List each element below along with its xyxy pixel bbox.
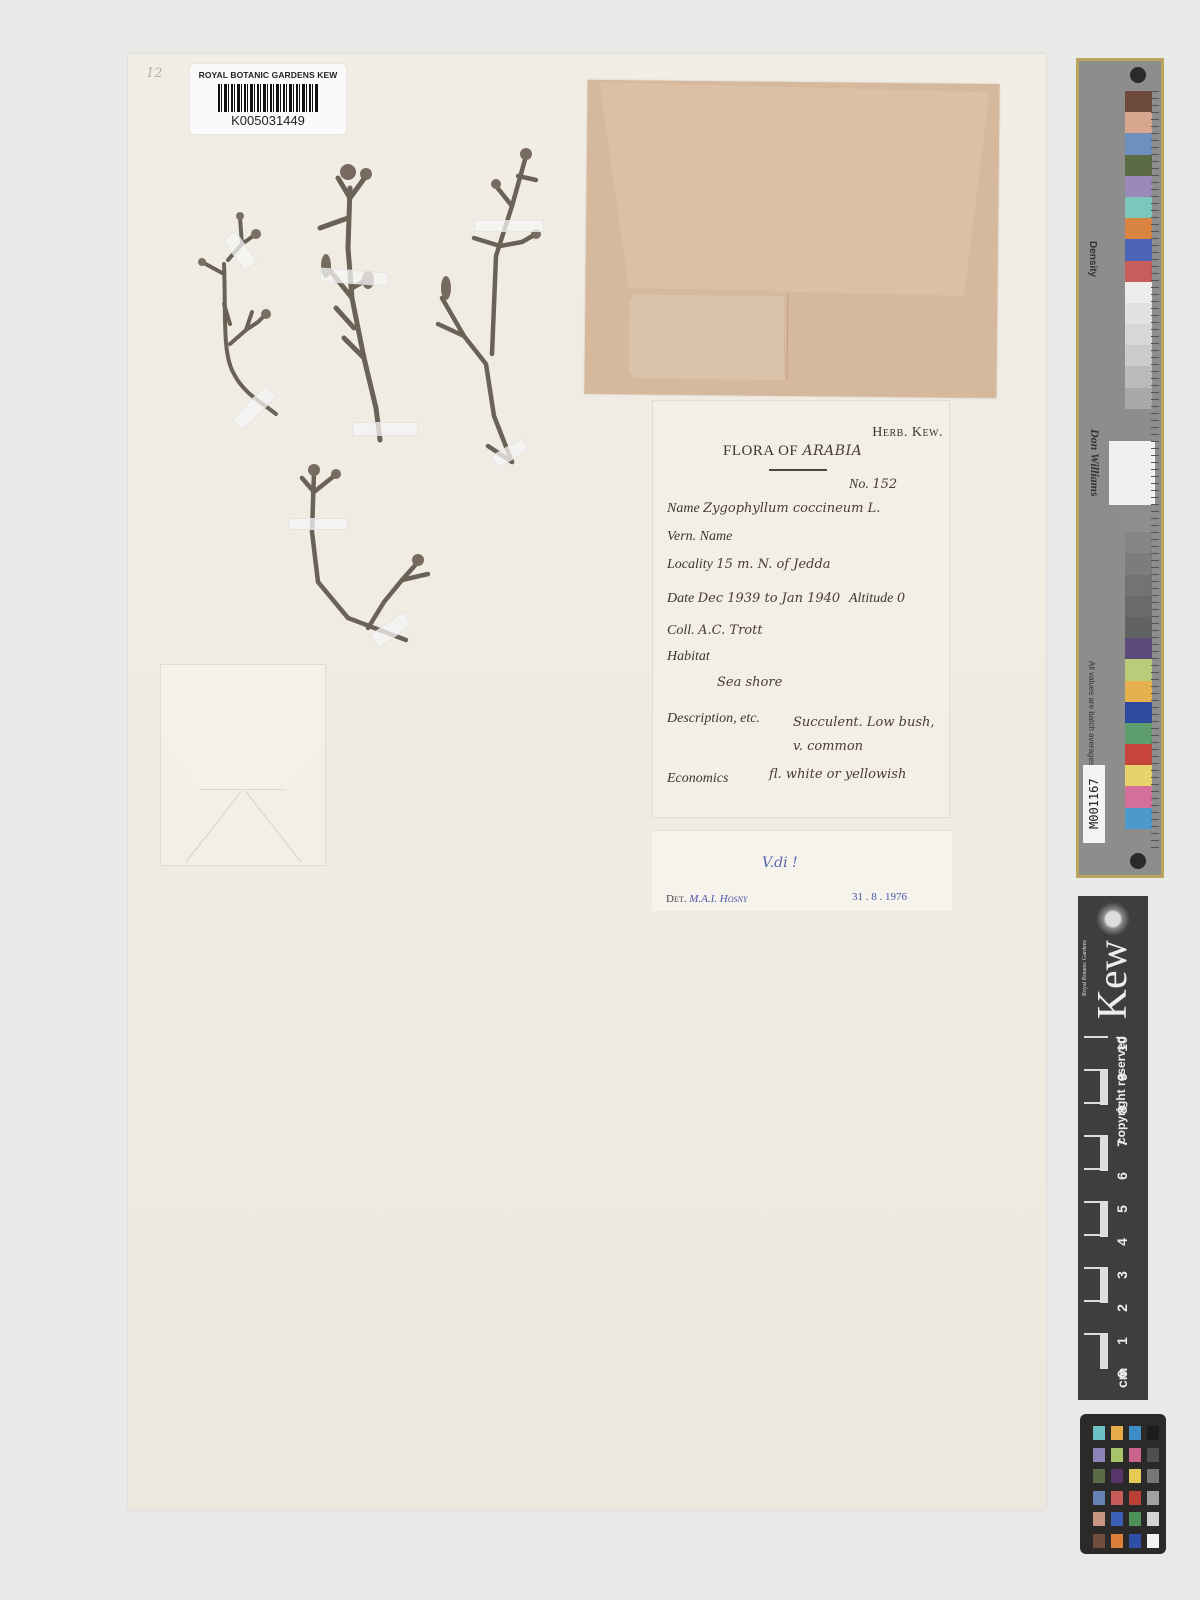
cm-segment — [1084, 1300, 1108, 1336]
checker-swatch — [1111, 1512, 1123, 1526]
cm-segment — [1084, 1036, 1108, 1072]
determinavit-slip: V.di ! Det. M.A.I. Hosny 31 . 8 . 1976 — [652, 830, 952, 911]
cm-tick-label: 1 — [1114, 1331, 1130, 1351]
herbarium-sheet: 12 ROYAL BOTANIC GARDENS KEW K005031449 — [128, 54, 1046, 1510]
color-patch — [1125, 91, 1152, 112]
punch-hole-icon — [1130, 853, 1146, 869]
ruler-ticks — [1151, 91, 1159, 851]
resolution-target — [1109, 441, 1155, 505]
scale-identifier: M001167 — [1083, 765, 1105, 843]
color-patch — [1125, 596, 1152, 617]
color-patch — [1125, 511, 1152, 532]
cm-tick-label: 8 — [1114, 1100, 1130, 1120]
dried-plant-icon — [418, 146, 578, 486]
cm-segment — [1084, 1333, 1108, 1369]
checker-swatch — [1093, 1426, 1105, 1440]
dried-plant-icon — [308, 158, 408, 458]
cm-tick-label: 3 — [1114, 1265, 1130, 1285]
fragment-packet-white[interactable] — [160, 664, 326, 866]
flora-region: ARABIA — [803, 443, 863, 459]
color-patch — [1125, 112, 1152, 133]
checker-swatch — [1111, 1491, 1123, 1505]
color-patch — [1125, 532, 1152, 553]
brand-label: Don Williams — [1087, 429, 1102, 497]
color-patch — [1125, 324, 1152, 345]
color-patch — [1125, 261, 1152, 282]
envelope-fold — [787, 294, 789, 380]
color-scale-bar: inches Density Don Williams All values a… — [1076, 58, 1164, 878]
title-rule — [769, 469, 827, 471]
envelope-tab — [629, 294, 785, 380]
envelope-flap — [161, 665, 325, 790]
plant-specimen-1 — [194, 204, 304, 439]
color-patch — [1125, 388, 1152, 409]
color-patch — [1125, 366, 1152, 387]
cm-tick-label: 9 — [1114, 1067, 1130, 1087]
checker-swatch — [1129, 1448, 1141, 1462]
color-patch — [1125, 702, 1152, 723]
checker-swatch — [1111, 1426, 1123, 1440]
cm-tick-label: 10 — [1114, 1034, 1130, 1054]
color-patch — [1125, 681, 1152, 702]
kew-cm-ruler: Royal Botanic Gardens Kew copyright rese… — [1078, 896, 1148, 1400]
color-patch — [1125, 723, 1152, 744]
mounting-tape — [288, 518, 348, 530]
field-economics: Economics — [667, 771, 728, 787]
cm-scale — [1084, 1036, 1108, 1396]
checker-swatch — [1147, 1426, 1159, 1440]
color-patch — [1125, 345, 1152, 366]
checker-swatch — [1147, 1534, 1159, 1548]
barcode-label: ROYAL BOTANIC GARDENS KEW K005031449 — [190, 64, 346, 134]
cm-segment — [1084, 1135, 1108, 1171]
footnote-label: All values are batch averages — [1087, 661, 1096, 766]
color-patch — [1125, 786, 1152, 807]
color-patch — [1125, 808, 1152, 829]
checker-swatch — [1129, 1512, 1141, 1526]
cm-tick-label: 2 — [1114, 1298, 1130, 1318]
checker-swatch — [1093, 1534, 1105, 1548]
envelope-flap — [597, 82, 989, 296]
field-altitude: Altitude 0 — [849, 591, 905, 607]
plant-specimen-3 — [418, 146, 578, 491]
checker-swatch — [1147, 1491, 1159, 1505]
collection-number: No. 152 — [849, 477, 897, 493]
field-name: Name Zygophyllum coccineum L. — [667, 501, 880, 517]
cm-tick-label: 5 — [1114, 1199, 1130, 1219]
color-patch — [1125, 765, 1152, 786]
gray-and-color-patches-bottom — [1125, 511, 1152, 829]
checker-swatch — [1111, 1469, 1123, 1483]
determination-date: 31 . 8 . 1976 — [852, 891, 907, 903]
color-patch — [1125, 553, 1152, 574]
color-patch — [1125, 744, 1152, 765]
cm-segment — [1084, 1267, 1108, 1303]
kew-logo: Kew — [1092, 940, 1134, 1019]
vidi-note: V.di ! — [762, 855, 798, 871]
checker-swatch — [1129, 1469, 1141, 1483]
dried-plant-icon — [194, 204, 304, 434]
cm-segment — [1084, 1201, 1108, 1237]
collection-label: Herb. Kew. FLORA OF ARABIA No. 152 Name … — [652, 400, 950, 818]
field-economics-value: fl. white or yellowish — [769, 767, 906, 782]
color-patch — [1125, 303, 1152, 324]
checker-swatch — [1111, 1534, 1123, 1548]
cm-segment — [1084, 1168, 1108, 1204]
color-patch — [1125, 617, 1152, 638]
density-label: Density — [1087, 241, 1098, 277]
royal-crest-icon — [1096, 902, 1130, 936]
checker-swatch — [1093, 1448, 1105, 1462]
cm-segment — [1084, 1234, 1108, 1270]
determiner-name: M.A.I. Hosny — [689, 893, 747, 905]
plant-specimen-4 — [288, 462, 458, 667]
plant-specimen-2 — [308, 158, 408, 463]
envelope-fold — [245, 791, 301, 863]
mounting-tape — [352, 422, 418, 436]
color-patch — [1125, 218, 1152, 239]
field-description-value: Succulent. Low bush, v. common — [793, 711, 943, 759]
cm-tick-label: 4 — [1114, 1232, 1130, 1252]
field-collector: Coll. A.C. Trott — [667, 623, 763, 639]
envelope-fold — [186, 791, 242, 863]
field-locality: Locality 15 m. N. of Jedda — [667, 557, 831, 573]
field-habitat-value: Sea shore — [717, 675, 782, 690]
checker-swatch — [1147, 1448, 1159, 1462]
cm-segment — [1084, 1102, 1108, 1138]
checker-swatch — [1147, 1469, 1159, 1483]
color-patch — [1125, 282, 1152, 303]
institution-name: ROYAL BOTANIC GARDENS KEW — [190, 70, 346, 80]
color-patch — [1125, 176, 1152, 197]
color-checker-grid — [1093, 1426, 1159, 1548]
cm-segment — [1084, 1069, 1108, 1105]
color-patch — [1125, 659, 1152, 680]
color-patch — [1125, 133, 1152, 154]
flora-title: FLORA OF ARABIA — [723, 443, 862, 460]
color-patch — [1125, 239, 1152, 260]
checker-swatch — [1111, 1448, 1123, 1462]
cm-tick-label: 0 — [1114, 1364, 1130, 1384]
mounting-tape — [474, 220, 544, 232]
cm-tick-label: 6 — [1114, 1166, 1130, 1186]
kew-subtitle: Royal Botanic Gardens — [1082, 940, 1088, 996]
cm-tick-label: 7 — [1114, 1133, 1130, 1153]
determiner-line: Det. M.A.I. Hosny — [666, 893, 747, 905]
checker-swatch — [1129, 1491, 1141, 1505]
pencil-sheet-number: 12 — [146, 66, 163, 81]
color-checker-card — [1080, 1414, 1166, 1554]
barcode-number: K005031449 — [190, 113, 346, 128]
barcode-icon — [218, 84, 318, 112]
color-patch — [1125, 155, 1152, 176]
punch-hole-icon — [1130, 67, 1146, 83]
checker-swatch — [1129, 1426, 1141, 1440]
checker-swatch — [1093, 1491, 1105, 1505]
herbarium-name: Herb. Kew. — [872, 425, 943, 441]
gray-and-color-patches-top — [1125, 91, 1152, 409]
checker-swatch — [1129, 1534, 1141, 1548]
checker-swatch — [1093, 1512, 1105, 1526]
field-habitat-label: Habitat — [667, 649, 710, 665]
fragment-packet-brown[interactable] — [584, 80, 999, 398]
color-patch — [1125, 575, 1152, 596]
field-description: Description, etc. — [667, 711, 760, 727]
color-patch — [1125, 197, 1152, 218]
field-date: Date Dec 1939 to Jan 1940 — [667, 591, 840, 607]
checker-swatch — [1147, 1512, 1159, 1526]
color-patch — [1125, 638, 1152, 659]
checker-swatch — [1093, 1469, 1105, 1483]
field-vernacular-name: Vern. Name — [667, 529, 732, 545]
